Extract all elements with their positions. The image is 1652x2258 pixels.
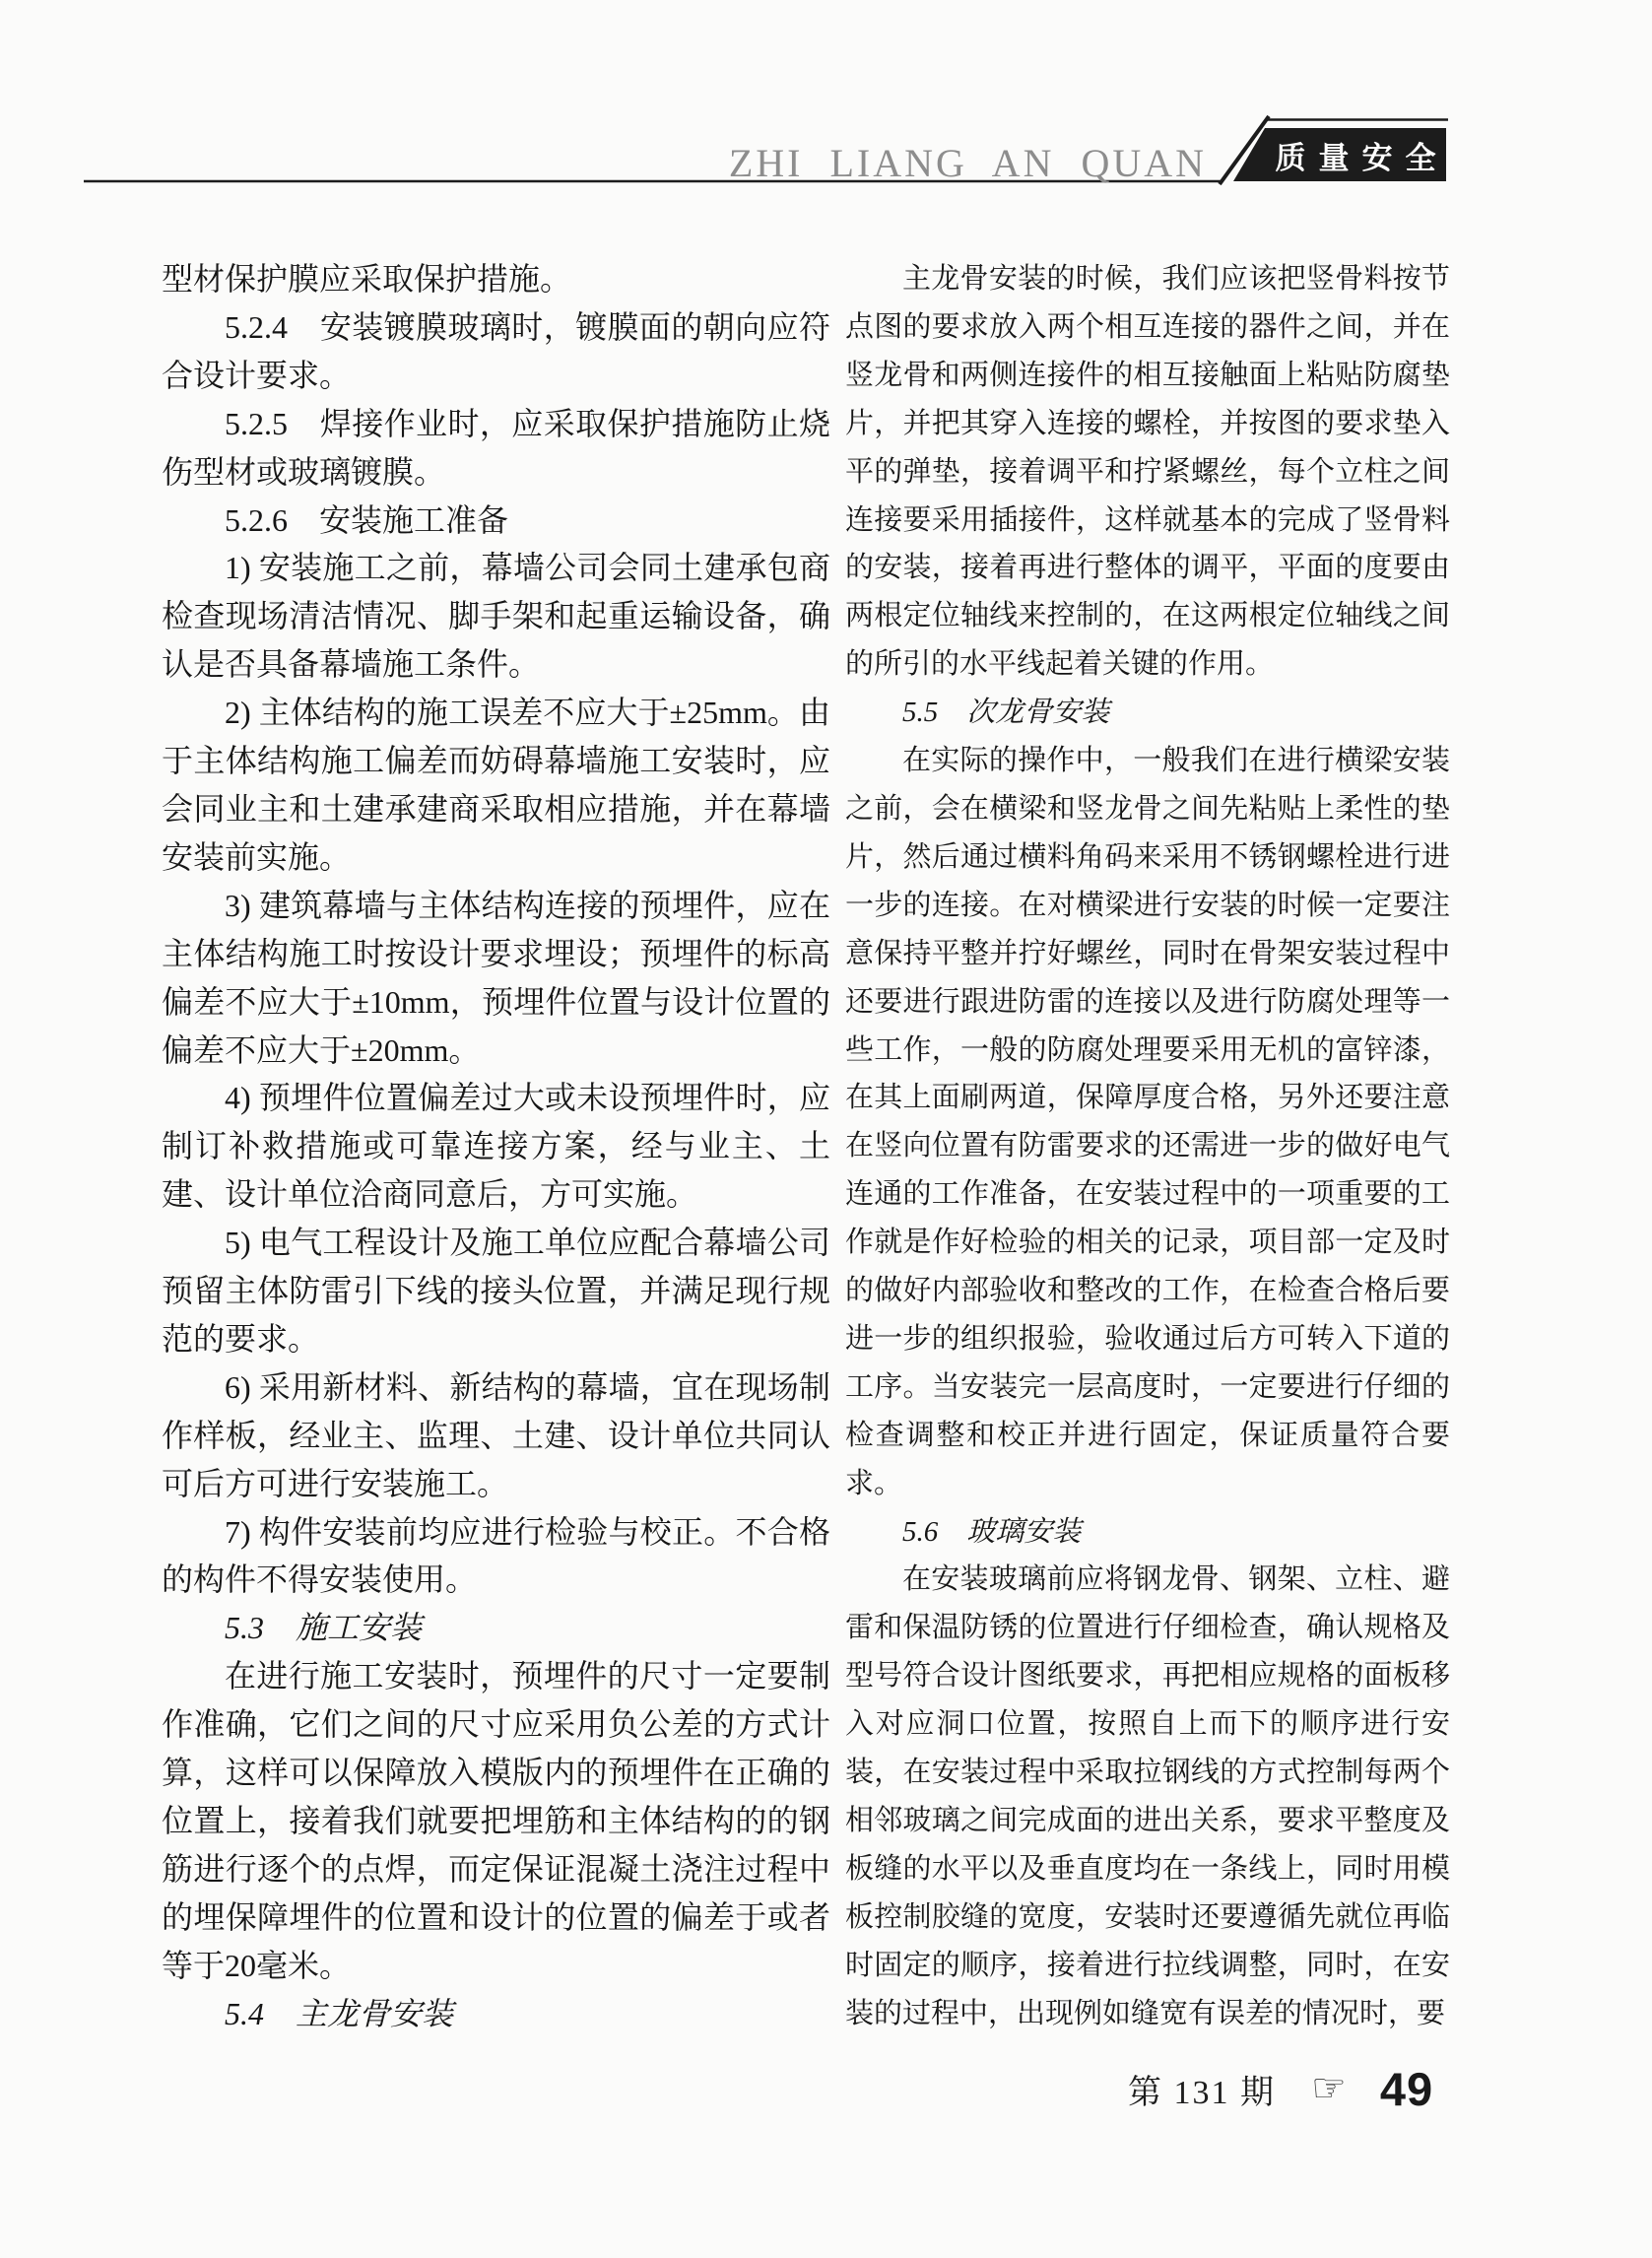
paragraph: 3) 建筑幕墙与主体结构连接的预埋件，应在主体结构施工时按设计要求埋设；预埋件的… — [162, 882, 830, 1075]
page-number: 49 — [1380, 2062, 1433, 2116]
section-heading: 5.4 主龙骨安装 — [162, 1990, 830, 2038]
paragraph: 7) 构件安装前均应进行检验与校正。不合格的构件不得安装使用。 — [162, 1508, 830, 1605]
paragraph: 2) 主体结构的施工误差不应大于±25mm。由于主体结构施工偏差而妨碍幕墙施工安… — [162, 689, 830, 882]
paragraph: 在进行施工安装时，预埋件的尺寸一定要制作准确，它们之间的尺寸应采用负公差的方式计… — [162, 1652, 830, 1989]
paragraph: 主龙骨安装的时候，我们应该把竖骨料按节点图的要求放入两个相互连接的器件之间，并在… — [845, 255, 1450, 689]
paragraph: 1) 安装施工之前，幕墙公司会同土建承包商检查现场清洁情况、脚手架和起重运输设备… — [162, 544, 830, 689]
paragraph: 在安装玻璃前应将钢龙骨、钢架、立柱、避雷和保温防锈的位置进行仔细检查，确认规格及… — [845, 1556, 1450, 2037]
paragraph: 6) 采用新材料、新结构的幕墙，宜在现场制作样板，经业主、监理、土建、设计单位共… — [162, 1363, 830, 1508]
section-badge-label: 质量安全 — [1265, 128, 1446, 181]
paragraph: 5) 电气工程设计及施工单位应配合幕墙公司预留主体防雷引下线的接头位置，并满足现… — [162, 1219, 830, 1363]
running-title: ZHI LIANG AN QUAN — [729, 144, 1207, 183]
section-heading: 5.3 施工安装 — [162, 1604, 830, 1652]
paragraph: 型材保护膜应采取保护措施。 — [162, 255, 830, 303]
header-decoration — [0, 0, 1652, 227]
left-column: 型材保护膜应采取保护措施。 5.2.4 安装镀膜玻璃时，镀膜面的朝向应符合设计要… — [162, 255, 830, 2038]
pointing-hand-icon: ☞ — [1311, 2069, 1347, 2108]
right-column: 主龙骨安装的时候，我们应该把竖骨料按节点图的要求放入两个相互连接的器件之间，并在… — [845, 255, 1450, 2038]
paragraph: 5.2.5 焊接作业时，应采取保护措施防止烧伤型材或玻璃镀膜。 — [162, 400, 830, 497]
document-page: ZHI LIANG AN QUAN 质量安全 型材保护膜应采取保护措施。 5.2… — [0, 0, 1652, 2258]
paragraph: 4) 预埋件位置偏差过大或未设预埋件时，应制订补救措施或可靠连接方案，经与业主、… — [162, 1074, 830, 1219]
paragraph: 5.2.6 安装施工准备 — [162, 497, 830, 545]
section-heading: 5.5 次龙骨安装 — [845, 689, 1450, 737]
paragraph: 在实际的操作中，一般我们在进行横梁安装之前，会在横梁和竖龙骨之间先粘贴上柔性的垫… — [845, 737, 1450, 1508]
paragraph: 5.2.4 安装镀膜玻璃时，镀膜面的朝向应符合设计要求。 — [162, 303, 830, 400]
page-footer: 第 131 期 ☞ 49 — [1128, 2063, 1433, 2114]
issue-number: 第 131 期 — [1128, 2065, 1276, 2113]
section-heading: 5.6 玻璃安装 — [845, 1508, 1450, 1557]
